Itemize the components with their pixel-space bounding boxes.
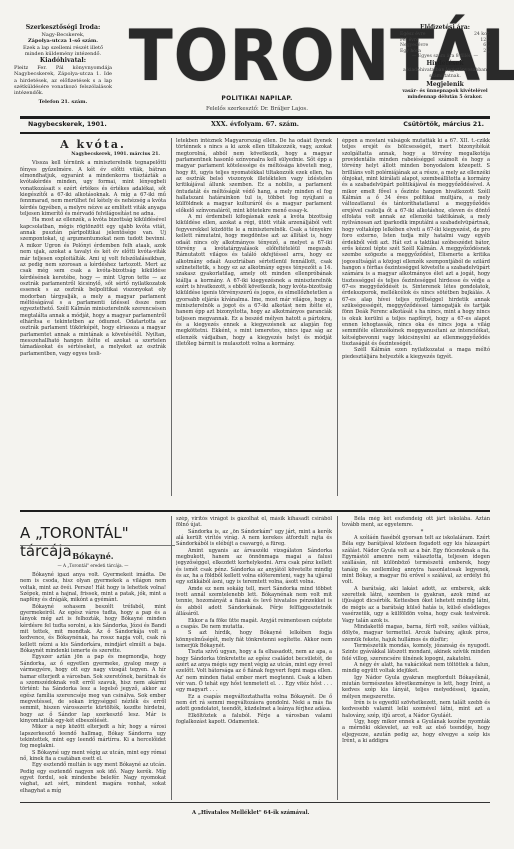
ads-heading: Hirdetések: [400, 60, 490, 68]
column-divider: [171, 138, 172, 496]
story-paragraph: Ekkor a fa föke ütte magát. Anyját reime…: [176, 618, 332, 631]
story-paragraph: szép, virítós virágot is gázolhat el, má…: [176, 516, 332, 529]
story-paragraph: Bókayné igazi anya volt. Gyermekeit imád…: [20, 572, 166, 604]
editorial-office-heading: Szerkesztőségi Iroda:: [14, 24, 112, 32]
weekday-date: Csütörtök, március 21.: [403, 121, 484, 128]
editorial-office-street: Zápolya-utcza 1-ső szám.: [14, 38, 112, 44]
article-paragraph: éppen a mostani válságok mutatták ki a 6…: [342, 138, 490, 347]
article-column-2: letekben intéznek Magyarország ellen. De…: [176, 138, 332, 498]
story-paragraph: A barátság, aki lakást adott, az emberek…: [342, 586, 490, 624]
story-paragraph: Elköltöztek a faluból. Férje a városban …: [176, 713, 332, 726]
story-paragraph: Amint ugyanis az árvaszéki vizsgálaton S…: [176, 548, 332, 586]
newspaper-subtitle: POLITIKAI NAPILAP.: [150, 95, 364, 102]
ads-text: a kiadóhivatalban legjutányosabban számí…: [400, 68, 490, 79]
column-divider: [337, 138, 338, 496]
story-paragraph: Ez a csapás megváltoztathatta volna Bóka…: [176, 694, 332, 713]
place-year: Nagybecskerek, 1901.: [28, 121, 107, 128]
phone-number: Telefon 21. szám.: [14, 99, 112, 105]
dateline: XXX. évfolyam. 67. szám. Nagybecskerek, …: [20, 121, 490, 131]
article-dateline: Nagybecskerek, 1901. március 21.: [20, 152, 166, 158]
article-paragraph: letekben intéznek Magyarország ellen. De…: [176, 138, 332, 214]
story-paragraph: S Bókayné ugy ment végig az utcán, mint …: [20, 750, 166, 763]
article-column-1: A kvóta. Nagybecskerek, 1901. március 21…: [20, 138, 166, 498]
article-paragraph: Ha most az ellenzék, a kvóta bizottság k…: [20, 217, 166, 357]
column-divider: [337, 516, 338, 800]
story-paragraph: Ugy, hogy mikor ennek a Gyulának kezébe …: [342, 719, 490, 744]
subscription-heading: Előfizetési ára:: [400, 24, 490, 32]
story-paragraph: Természetük mondás, komoly, józanság és …: [342, 643, 490, 662]
column-divider: [171, 516, 172, 800]
story-paragraph: Mindakettő magas, barna, férfi volt, szé…: [342, 624, 490, 643]
masthead-right-info: Előfizetési ára: Egész évre24 kor. Fél é…: [400, 24, 490, 100]
article-paragraph: A mi érdembeli kifogásnak ezek a kvóta b…: [176, 214, 332, 347]
supplement-note: A „Hivatalos Melléklet" 64-ik számával.: [192, 810, 309, 816]
story-paragraph: Egyszer aztán jön a pap és megmondja, ho…: [20, 654, 166, 724]
story-paragraph: Bókayné sohasem beszélt tréfaból, mint g…: [20, 604, 166, 655]
feuilleton-column-1: Bókayné. — A „Torontál" eredeti tárcája.…: [20, 550, 166, 800]
bottom-rule: [20, 802, 490, 803]
article-column-3: éppen a mostani válságok mutatták ki a 6…: [342, 138, 490, 498]
article-paragraph: Széll Kálmán ezen nyilatkozatai a maga m…: [342, 347, 490, 360]
story-paragraph: Sándorka is, az „ön Sándorkám" ugy járt,…: [176, 529, 332, 548]
feuilleton-header-rule: [20, 545, 175, 546]
story-paragraph: Mikor a nép között elterjedt a hír, hogy…: [20, 724, 166, 749]
editor-line: Felelős szerkesztő: Dr. Bráljer Lajos.: [150, 106, 364, 112]
publisher-heading: Kiadóhivatal:: [14, 57, 112, 65]
dateline-rule: [20, 132, 490, 134]
newspaper-title: TORONTÁL: [129, 24, 377, 88]
story-paragraph: Tiszta szívű ugyan, hogy a fa elhasadott…: [176, 649, 332, 693]
section-rule: [20, 510, 490, 512]
story-paragraph: Amde ez nem sokáig tell, mert Sándorka m…: [176, 586, 332, 618]
appears-text: vasár- és ünnepnapok kivételével mindenn…: [400, 89, 490, 100]
article-title: A kvóta.: [20, 138, 166, 152]
story-paragraph: Béla még két esztendeig ott járt iskoláb…: [342, 516, 490, 529]
editorial-office-note: Ezek a lap szellemi részét illető minden…: [14, 45, 112, 58]
story-paragraph: S azt hírdik, hogy Bókayné lelkében fogj…: [176, 630, 332, 649]
story-paragraph: Irén is is egyedül szövhetkezett, nem ta…: [342, 700, 490, 719]
story-paragraph: Egy esztendő multán is ugy ment Bókayné …: [20, 762, 166, 794]
story-subtitle: — A „Torontál" eredeti tárcája. —: [20, 562, 166, 569]
publisher-text: Pleitz Fer. Pál könyvnyomdája Nagybecske…: [14, 65, 112, 96]
story-paragraph: Igy Nádor Gyula gyakran megfordult Bókay…: [342, 675, 490, 700]
newspaper-page: Szerkesztőségi Iroda: Nagy-Becskerek, Zá…: [0, 0, 514, 849]
story-paragraph: A négy év alatt, ha vakációkat nem töltö…: [342, 662, 490, 675]
article-paragraph: Vissza kell térnünk a miniszterelnök teg…: [20, 160, 166, 217]
masthead-left-info: Szerkesztőségi Iroda: Nagy-Becskerek, Zá…: [14, 24, 112, 105]
story-paragraph: A széláén fiaséból gyorsan telt az iskol…: [342, 535, 490, 586]
price-value: 2 „: [483, 49, 490, 55]
feuilleton-column-3: Béla még két esztendeig ott járt iskoláb…: [342, 516, 490, 800]
masthead-rule: [20, 116, 490, 119]
story-title: Bókayné.: [20, 550, 166, 562]
feuilleton-column-2: szép, virítós virágot is gázolhat el, má…: [176, 516, 332, 800]
appears-heading: Megjelenik: [400, 81, 490, 89]
